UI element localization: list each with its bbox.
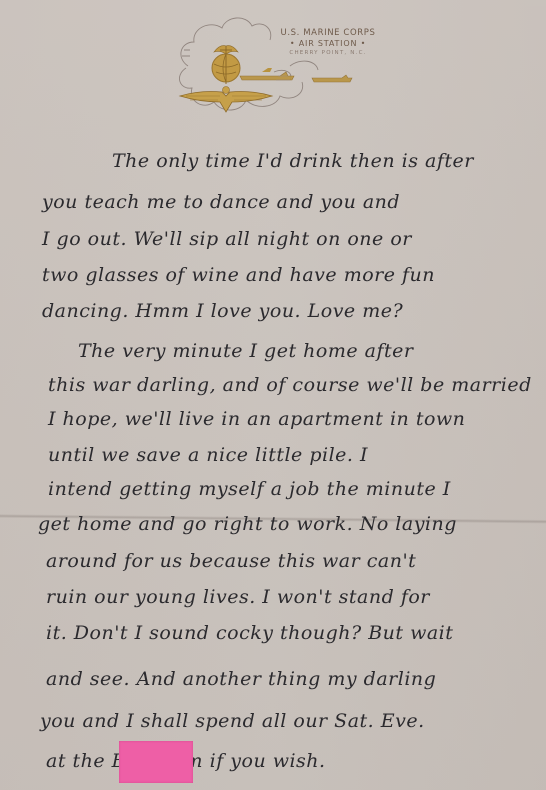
- handwritten-line: until we save a nice little pile. I: [48, 444, 368, 466]
- handwritten-line: around for us because this war can't: [46, 550, 416, 572]
- handwritten-line: The only time I'd drink then is after: [112, 150, 474, 172]
- handwritten-line: two glasses of wine and have more fun: [42, 264, 435, 286]
- handwritten-line: intend getting myself a job the minute I: [48, 478, 451, 500]
- handwritten-line: I hope, we'll live in an apartment in to…: [48, 408, 465, 430]
- handwritten-line: dancing. Hmm I love you. Love me?: [42, 300, 403, 322]
- handwritten-line: I go out. We'll sip all night on one or: [42, 228, 412, 250]
- handwritten-line: and see. And another thing my darling: [46, 668, 436, 690]
- handwritten-line: you and I shall spend all our Sat. Eve.: [40, 710, 425, 732]
- handwritten-line: it. Don't I sound cocky though? But wait: [46, 622, 453, 644]
- handwritten-line: you teach me to dance and you and: [42, 191, 400, 213]
- handwritten-line: get home and go right to work. No laying: [38, 513, 457, 535]
- pink-redaction-sticker: [119, 741, 193, 783]
- handwritten-line: this war darling, and of course we'll be…: [48, 374, 532, 396]
- handwritten-line: ruin our young lives. I won't stand for: [46, 586, 430, 608]
- handwritten-letter-body: The only time I'd drink then is after yo…: [0, 0, 546, 790]
- handwritten-line: The very minute I get home after: [78, 340, 413, 362]
